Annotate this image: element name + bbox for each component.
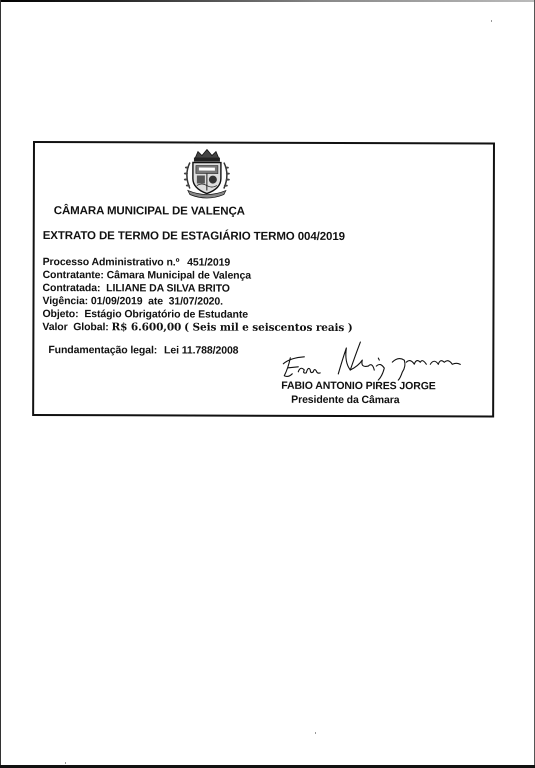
field-objeto-value: Estágio Obrigatório de Estudante xyxy=(84,308,248,321)
scan-edge-top xyxy=(0,0,535,2)
document-title: EXTRATO DE TERMO DE ESTAGIÁRIO TERMO 004… xyxy=(43,230,345,243)
field-contratada: Contratada: LILIANE DA SILVA BRITO xyxy=(43,282,230,295)
field-objeto-label: Objeto: xyxy=(42,308,78,320)
scan-edge-left xyxy=(0,0,1,768)
field-contratada-value: LILIANE DA SILVA BRITO xyxy=(106,282,230,294)
field-vigencia: Vigência: 01/09/2019 ate 31/07/2020. xyxy=(42,295,223,308)
field-valor-amount: R$ 6.600,00 xyxy=(112,321,182,333)
scanned-page: CÂMARA MUNICIPAL DE VALENÇA EXTRATO DE T… xyxy=(0,0,535,768)
signer-role: Presidente da Câmara xyxy=(291,394,399,406)
field-fundamentacao-value: Lei 11.788/2008 xyxy=(164,344,238,356)
field-objeto: Objeto: Estágio Obrigatório de Estudante xyxy=(42,308,248,321)
field-vigencia-label: Vigência: xyxy=(42,295,88,307)
extract-box: CÂMARA MUNICIPAL DE VALENÇA EXTRATO DE T… xyxy=(32,141,495,417)
field-vigencia-value: 01/09/2019 ate 31/07/2020. xyxy=(91,295,223,307)
field-contratante-label: Contratante: xyxy=(43,269,104,281)
signature-icon xyxy=(280,340,470,383)
field-valor: Valor Global: R$ 6.600,00 ( Seis mil e s… xyxy=(42,321,352,334)
scan-speck xyxy=(315,732,316,734)
field-fundamentacao: Fundamentação legal: Lei 11.788/2008 xyxy=(48,344,238,357)
field-contratada-label: Contratada: xyxy=(43,282,101,294)
field-processo-label: Processo Administrativo n.º xyxy=(43,256,180,268)
field-fundamentacao-label: Fundamentação legal: xyxy=(48,344,157,356)
coat-of-arms-icon xyxy=(178,148,236,198)
field-contratante-value: Câmara Municipal de Valença xyxy=(107,269,251,281)
field-processo: Processo Administrativo n.º 451/2019 xyxy=(43,256,231,269)
organization-name: CÂMARA MUNICIPAL DE VALENÇA xyxy=(54,205,245,218)
scan-speck xyxy=(491,20,492,22)
field-valor-label: Valor Global: xyxy=(42,321,108,333)
field-contratante: Contratante: Câmara Municipal de Valença xyxy=(43,269,251,282)
signer-name: FABIO ANTONIO PIRES JORGE xyxy=(281,380,435,392)
field-processo-value: 451/2019 xyxy=(187,256,230,268)
field-valor-words: ( Seis mil e seiscentos reais ) xyxy=(184,321,353,334)
scan-speck xyxy=(65,762,66,764)
